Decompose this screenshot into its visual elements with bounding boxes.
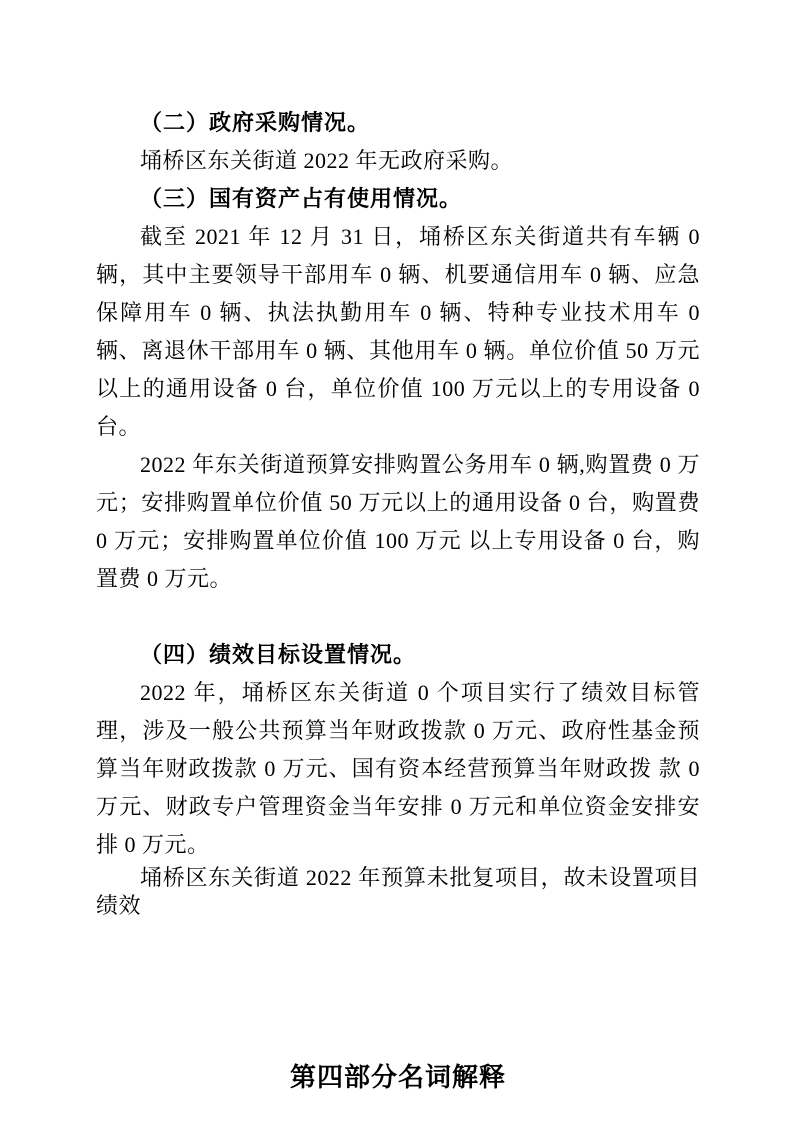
part-four-title: 第四部分名词解释 <box>96 1058 700 1096</box>
paragraph-state-assets-vehicles: 截至 2021 年 12 月 31 日，埇桥区东关街道共有车辆 0 辆，其中主要… <box>96 218 700 446</box>
heading-performance-targets: （四）绩效目标设置情况。 <box>96 636 700 674</box>
heading-state-assets: （三）国有资产占有使用情况。 <box>96 180 700 218</box>
document-page: （二）政府采购情况。 埇桥区东关街道 2022 年无政府采购。 （三）国有资产占… <box>0 0 793 1122</box>
paragraph-no-approved-projects: 埇桥区东关街道 2022 年预算未批复项目，故未设置项目绩效 <box>96 864 700 920</box>
paragraph-performance-targets: 2022 年，埇桥区东关街道 0 个项目实行了绩效目标管理，涉及一般公共预算当年… <box>96 674 700 864</box>
heading-gov-procurement: （二）政府采购情况。 <box>96 104 700 142</box>
paragraph-state-assets-purchases: 2022 年东关街道预算安排购置公务用车 0 辆,购置费 0 万 元；安排购置单… <box>96 446 700 598</box>
document-content: （二）政府采购情况。 埇桥区东关街道 2022 年无政府采购。 （三）国有资产占… <box>96 0 700 1096</box>
paragraph-gov-procurement: 埇桥区东关街道 2022 年无政府采购。 <box>96 142 700 180</box>
